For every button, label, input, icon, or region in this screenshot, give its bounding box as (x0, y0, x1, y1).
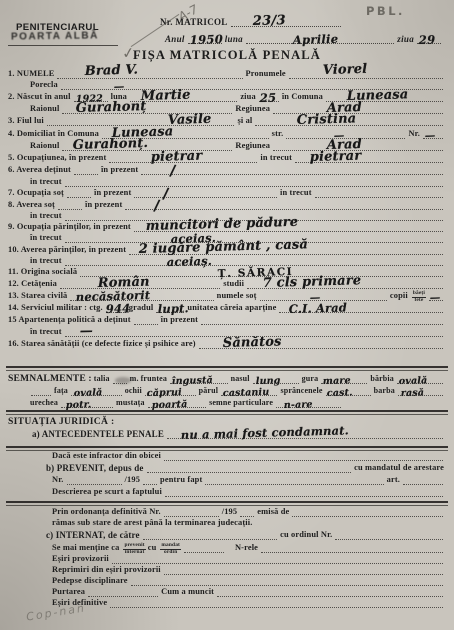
descriere-line (165, 486, 443, 497)
row-starea-civila: 13. Starea civilă necăsătorit numele soț… (8, 290, 446, 301)
str-label: str. (272, 129, 286, 139)
semne-label: semne particulare (209, 398, 275, 408)
apartenenta-gap-line (134, 314, 158, 325)
ocupatia-sot-prezent-label: în prezent (94, 188, 133, 198)
emisa-label: emisă de (257, 507, 291, 517)
barbia-line: ovală (397, 373, 443, 384)
parul-line: castaniu (221, 385, 277, 396)
mentine-label: Se mai menține ca (52, 543, 121, 553)
numele-sot-line: — (260, 290, 387, 301)
row-ocupatia-sot: 7. Ocupația soț în prezent ∕ in trecut (8, 187, 446, 198)
averea-parinti-trecut-label: in trecut (30, 256, 64, 266)
row-raion1: Raionul Gurahonț Regiunea Arad (30, 103, 446, 114)
ocupatia-sot-label: 7. Ocupația soț (8, 188, 66, 198)
esiri-label: Eșiri provizorii (52, 554, 111, 564)
row-pedepse: Pedepse disciplinare (52, 575, 446, 586)
raion2-label: Raionul (30, 141, 61, 151)
row-internat: c) INTERNAT, de către cu ordinul Nr. (46, 529, 446, 540)
averea-parinti-prezent-line: 2 iugăre pământ , casă (129, 244, 443, 255)
averea-trecut-line (65, 176, 443, 187)
row-nascut: 2. Născut în anul 1922 luna Martie ziua … (8, 91, 446, 102)
averea-prezent-line: ∕ (141, 164, 443, 175)
nr-label: Nr. (408, 129, 422, 139)
ochii-label: ochii (125, 386, 144, 396)
pencil-corner-mark: PBL. (366, 4, 405, 18)
unitatea-line: C.I. Arad (279, 302, 443, 313)
averea-sot-label: 8. Averea soț (8, 200, 57, 210)
row-averea-parinti-trecut: in trecut aceiaș. (30, 255, 446, 266)
luna-value: Aprilie (293, 33, 339, 46)
esiri-line (112, 553, 443, 564)
anul-line: 1950 (188, 33, 222, 44)
rule-after-prevenit (6, 501, 448, 503)
row-numele: 1. NUMELE Brad V. Pronumele Viorel (8, 68, 446, 79)
cetatenia-label: 12. Cetățenia (8, 279, 59, 289)
apartenenta-trecut-value: — (79, 325, 93, 338)
raion1-label: Raionul (30, 104, 61, 114)
raion2-value: Gurahonț. (72, 137, 148, 152)
sprancenele-line: cast. (326, 385, 371, 396)
row-ordonanta: Prin ordonanța definitivă Nr. /195 emisă… (52, 506, 446, 517)
semne-value: n-are (284, 400, 313, 410)
nr-line: — (423, 128, 443, 139)
row-militar: 14. Serviciul militar : ctg. 944 gradul … (8, 302, 446, 313)
regiunea2-label: Regiunea (235, 141, 272, 151)
unitatea-label: unitatea căreia aparține (187, 303, 278, 313)
averea-parinti-prezent-value: 2 iugăre pământ , casă (138, 238, 308, 256)
averea-gap-line (74, 164, 98, 175)
origina-label: 11. Origina socială (8, 267, 79, 277)
apartenenta-label: 15 Apartenența politică a deținut (8, 315, 133, 325)
row-semnalmente-1: SEMNALMENTE : talia m. fruntea îngustă n… (8, 373, 446, 384)
row-antecedente: a) ANTECEDENTELE PENALE nu a mai fost co… (32, 428, 446, 439)
ocupatia-parinti-prezent-value: muncitori de pădure (146, 216, 299, 233)
apartenenta-prezent-label: în prezent (161, 315, 200, 325)
gura-line: mare (321, 373, 367, 384)
mustata-line: poartă (148, 397, 206, 408)
muncit-line (217, 586, 443, 597)
matricol-label: Nr. MATRICOL (160, 17, 230, 27)
prevenit-line (147, 462, 352, 473)
ordin-line (335, 529, 443, 540)
mandat-label: cu mandatul de arestare (354, 463, 446, 473)
row-semnalmente-2: fața ovală ochii căprui părul castaniu s… (30, 385, 446, 396)
rule-after-antecedente (6, 446, 448, 448)
nascut-comuna-label: în Comuna (282, 92, 325, 102)
mentine-gap-line (184, 542, 224, 553)
ocupatia-parinti-prezent-line: muncitori de pădure (134, 221, 443, 232)
copii-line: — (429, 290, 443, 301)
esiri-def-line (110, 597, 443, 608)
sprancenele-label: sprâncenele (280, 386, 324, 396)
pronumele-line: Viorel (289, 68, 443, 79)
penal-record-sheet: PENITENCIARUL POARTA ALBĂ PBL. A-7 ✓ Nr.… (0, 0, 454, 630)
numele-label: 1. NUMELE (8, 69, 56, 79)
form-title: FIȘA MATRICOLĂ PENALĂ (0, 48, 454, 63)
row-averea-parinti: 10. Averea părinților, in prezent 2 iugă… (8, 244, 446, 255)
fapt-line (205, 474, 383, 485)
pronumele-label: Pronumele (246, 69, 288, 79)
row-cetatenia: 12. Cetățenia Român studii 7 cls primare (8, 278, 446, 289)
ink-smudge (115, 377, 131, 384)
studii-label: studii (223, 279, 246, 289)
nascut-luna-value: Martie (140, 89, 190, 103)
barba-line: rasă (398, 385, 443, 396)
row-averea: 6. Averea deținut în prezent ∕ (8, 164, 446, 175)
mustata-label: mustața (116, 398, 147, 408)
row-mentine: Se mai menține ca prevenit internat cu m… (52, 540, 446, 553)
purtarea-label: Purtarea (52, 587, 87, 597)
averea-trecut-label: in trecut (30, 177, 64, 187)
militar-label: 14. Serviciul militar : ctg. (8, 303, 105, 313)
semne-line: n-are (276, 397, 341, 408)
studii-line: 7 cls primare (247, 278, 443, 289)
mandat-nr-line (67, 474, 122, 485)
raion2-line: Gurahonț. (62, 140, 232, 151)
row-fiul: 3. Fiul lui Vasile și al Cristina (8, 115, 446, 126)
row-semnalmente-3: urechea potr. mustața poartă semne parti… (30, 397, 344, 408)
fruntea-label: fruntea (141, 374, 169, 384)
reprimiri-label: Reprimiri din eșiri provizorii (52, 565, 163, 575)
m-label: m. (130, 374, 141, 384)
ocupatia-sot-trecut-label: in trecut (280, 188, 314, 198)
ziua-label: ziua (397, 34, 416, 44)
row-averea-trecut: in trecut (30, 176, 446, 187)
apartenenta-prezent-line (201, 314, 443, 325)
row-mandat-nr: Nr. /195 pentru fapt art. (52, 474, 446, 485)
reprimiri-line (164, 564, 443, 575)
row-infractor: Dacă este infractor din obicei (52, 450, 446, 461)
row-purtarea: Purtarea Cum a muncit (52, 586, 446, 597)
art-label: art. (387, 475, 402, 485)
averea-sot-trecut-label: in trecut (30, 211, 64, 221)
ziua-value: 29 (419, 34, 436, 46)
row-averea-sot: 8. Averea soț în prezent ∕ (8, 199, 446, 210)
antecedente-value: nu a mai fost condamnat. (180, 425, 348, 441)
ramas-label: rămas sub stare de arest până la termina… (52, 518, 254, 528)
talia-line (113, 373, 127, 384)
sanatate-value: Sănătos (223, 335, 282, 350)
averea-sot-prezent-label: în prezent (85, 200, 124, 210)
row-reprimiri: Reprimiri din eșiri provizorii (52, 564, 446, 575)
gradul-line: lupt. (156, 302, 184, 313)
antecedente-label: a) ANTECEDENTELE PENALE (32, 429, 166, 439)
row-ocupatia-parinti: 9. Ocupația părinților, in prezent munci… (8, 221, 446, 232)
barbia-label: bărbia (370, 374, 396, 384)
sanatate-label: 16. Starea sănătății (ce defecte fizice … (8, 339, 198, 349)
ctg-line: 944 (106, 302, 126, 313)
fiul-tata-value: Vasile (168, 113, 212, 127)
ocupatiunea-trecut-value: pietrar (309, 150, 361, 164)
internat-line (143, 529, 277, 540)
row-descriere: Descrierea pe scurt a faptului (52, 486, 446, 497)
stamp-underline (8, 45, 118, 46)
barba-label: barba (374, 386, 397, 396)
mandat-an-line (143, 474, 157, 485)
purtarea-line (88, 586, 158, 597)
anul-label: Anul (165, 34, 187, 44)
antecedente-line: nu a mai fost condamnat. (167, 428, 443, 439)
matricol-value: 23/3 (252, 14, 285, 28)
nrele-label: N-rele (227, 543, 260, 553)
ocupatia-sot-trecut-line (315, 187, 443, 198)
regiunea1-label: Regiunea (235, 104, 272, 114)
nrele-line (261, 542, 443, 553)
ocupatia-parinti-label: 9. Ocupația părinților, in prezent (8, 222, 133, 232)
fata-line: ovală (71, 385, 122, 396)
averea-sot-gap-line (58, 199, 82, 210)
mandat-an-label: /195 (125, 475, 143, 485)
pedepse-line (131, 575, 443, 586)
ordonanta-nr-line (164, 506, 219, 517)
art-line (403, 474, 443, 485)
fiul-mama-line: Cristina (255, 115, 443, 126)
averea-parinti-trecut-line: aceiaș. (65, 255, 443, 266)
numele-sot-label: numele soț (217, 291, 259, 301)
semnalmente-label: SEMNALMENTE : (8, 374, 94, 384)
matricol-line: 23/3 (231, 16, 341, 27)
date-row: Anul 1950 luna Aprilie ziua 29 (165, 32, 444, 44)
fiul-mama-value: Cristina (296, 112, 356, 127)
parul-label: părul (199, 386, 220, 396)
porecla-label: Porecla (30, 80, 60, 90)
numele-line: Brad V. (57, 68, 242, 79)
apartenenta-trecut-label: în trecut (30, 327, 64, 337)
averea-prezent-label: în prezent (101, 165, 140, 175)
section-rule-semnalmente (6, 366, 448, 368)
ocupatiunea-label: 5. Ocupațiunea, în prezent (8, 153, 108, 163)
copii-label: copii (390, 291, 410, 301)
ocupatiunea-trecut-label: in trecut (260, 153, 294, 163)
numele-value: Brad V. (85, 64, 139, 78)
mustata-value: poartă (152, 400, 188, 410)
ordonanta-an-line (240, 506, 254, 517)
infractor-label: Dacă este infractor din obicei (52, 451, 163, 461)
fata-label: fața (54, 386, 70, 396)
barba-value: rasă (400, 388, 424, 398)
urechea-line: potr. (61, 397, 113, 408)
raion1-value: Gurahonț (76, 100, 147, 115)
urechea-value: potr. (66, 400, 92, 410)
matricol-row: Nr. MATRICOL 23/3 (160, 15, 344, 27)
row-esiri: Eșiri provizorii (52, 553, 446, 564)
ocupatiunea-prezent-line: pietrar (109, 152, 257, 163)
pronumele-value: Viorel (322, 63, 367, 77)
urechea-label: urechea (30, 398, 60, 408)
row-prevenit: b) PREVENIT, depus de cu mandatul de are… (46, 462, 446, 473)
fruntea-line: îngustă (170, 373, 228, 384)
sanatate-line: Sănătos (199, 338, 443, 349)
row-origina: 11. Origina socială Ț. SĂRACI (8, 266, 446, 277)
ocupatia-parinti-trecut-label: în trecut (30, 233, 64, 243)
nasul-label: nasul (231, 374, 252, 384)
semnalmente-dash-line (31, 385, 51, 396)
ziua-line: 29 (417, 33, 441, 44)
averea-sot-prezent-line: ∕ (125, 199, 443, 210)
row-esiri-definitive: Eșiri definitive (52, 597, 446, 608)
ocupatia-sot-gap-line (67, 187, 91, 198)
internat-label: c) INTERNAT, de către (46, 530, 142, 540)
ordonanta-an-label: /195 (222, 507, 240, 517)
prison-stamp: POARTA ALBĂ (11, 30, 99, 42)
row-raion2: Raionul Gurahonț. Regiunea Arad (30, 140, 446, 151)
averea-label: 6. Averea deținut (8, 165, 73, 175)
averea-parinti-label: 10. Averea părinților, in prezent (8, 245, 128, 255)
prevenit-label: b) PREVENIT, depus de (46, 463, 146, 473)
row-apartenenta: 15 Apartenența politică a deținut în pre… (8, 314, 446, 325)
ocupatiunea-trecut-line: pietrar (295, 152, 443, 163)
si-al-label: și al (237, 116, 254, 126)
row-ramas: rămas sub stare de arest până la termina… (52, 517, 446, 528)
luna-line: Aprilie (246, 33, 394, 44)
anul-value: 1950 (189, 34, 223, 46)
row-sanatate: 16. Starea sănătății (ce defecte fizice … (8, 338, 446, 349)
talia-label: talia (94, 374, 112, 384)
descriere-label: Descrierea pe scurt a faptului (52, 487, 164, 497)
starea-civila-label: 13. Starea civilă (8, 291, 69, 301)
fapt-label: pentru fapt (160, 475, 204, 485)
nascut-ziua-label: ziua (240, 92, 258, 102)
fiul-label: 3. Fiul lui (8, 116, 46, 126)
emisa-line (292, 506, 443, 517)
cu-label: cu (148, 543, 159, 553)
muncit-label: Cum a muncit (161, 587, 216, 597)
luna-label: luna (225, 34, 245, 44)
gradul-label: gradul (129, 303, 156, 313)
ordonanta-label: Prin ordonanța definitivă Nr. (52, 507, 163, 517)
ochii-line: căprui (145, 385, 196, 396)
situatia-heading: SITUAȚIA JURIDICĂ : (8, 416, 114, 427)
nasul-line: lung (253, 373, 299, 384)
infractor-line (164, 450, 443, 461)
nascut-label: 2. Născut în anul (8, 92, 73, 102)
row-ocupatiunea: 5. Ocupațiunea, în prezent pietrar in tr… (8, 152, 446, 163)
ordin-label: cu ordinul Nr. (280, 530, 334, 540)
section-rule-situatia (6, 410, 448, 412)
nascut-ziua-line: 25 (259, 91, 279, 102)
starea-civila-line: necăsătorit (70, 290, 213, 301)
studii-value: 7 cls primare (262, 274, 361, 290)
gura-label: gura (302, 374, 321, 384)
pedepse-label: Pedepse disciplinare (52, 576, 130, 586)
mandat-nr-label: Nr. (52, 475, 66, 485)
